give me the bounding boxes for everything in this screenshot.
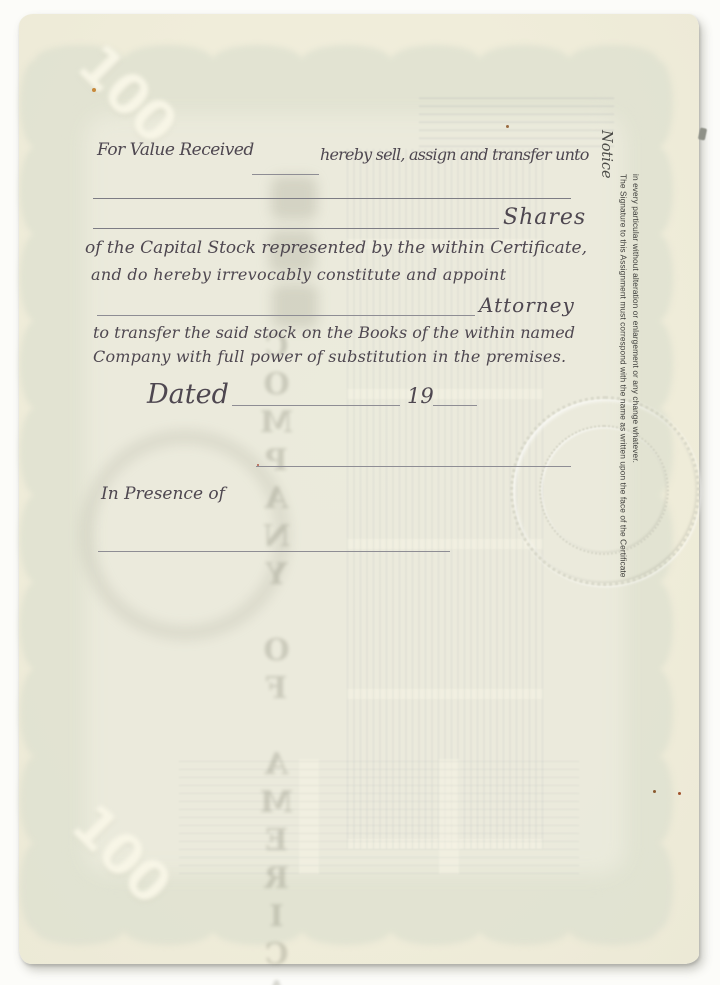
capital-stock-clause-text: of the Capital Stock represented by the … — [85, 238, 587, 259]
foxing-speck — [506, 125, 509, 128]
ghost-fine-print-top — [419, 92, 614, 147]
foxing-speck — [653, 790, 656, 793]
ghost-medallion — [79, 429, 291, 641]
dated-label: Dated — [147, 378, 229, 412]
ghost-title-blob — [272, 284, 318, 328]
blank-line-shares — [93, 228, 499, 229]
attorney-label: Attorney — [479, 293, 575, 318]
foxing-speck — [92, 88, 96, 92]
witness-line — [98, 551, 450, 552]
notice-title: Notice — [598, 130, 614, 578]
certificate-back-paper: COMPANY OF AMERICA 100 100 For Value Rec… — [19, 14, 699, 964]
blank-line-date — [232, 405, 400, 406]
for-value-received-label: For Value Received — [97, 140, 254, 161]
signature-line — [256, 466, 571, 467]
blank-line-year — [433, 405, 477, 406]
paper-edge-notch — [698, 127, 707, 140]
blank-line-assignor — [252, 174, 319, 175]
transfer-books-clause-text: to transfer the said stock on the Books … — [93, 323, 575, 343]
ghost-fine-print-bottom — [179, 759, 579, 874]
blank-line-attorney — [97, 315, 475, 316]
substitution-clause-text: Company with full power of substitution … — [93, 347, 566, 367]
notice-body-text: The Signature to this Assignment must co… — [617, 130, 645, 578]
in-presence-of-label: In Presence of — [101, 484, 225, 505]
appoint-clause-text: and do hereby irrevocably constitute and… — [91, 265, 506, 285]
blank-line-transferee — [93, 198, 571, 199]
foxing-speck — [678, 792, 681, 795]
shares-label: Shares — [503, 204, 586, 232]
transfer-clause-text: hereby sell, assign and transfer unto — [320, 145, 589, 165]
signature-notice: Notice The Signature to this Assignment … — [598, 130, 668, 578]
year-prefix: 19 — [407, 383, 434, 409]
